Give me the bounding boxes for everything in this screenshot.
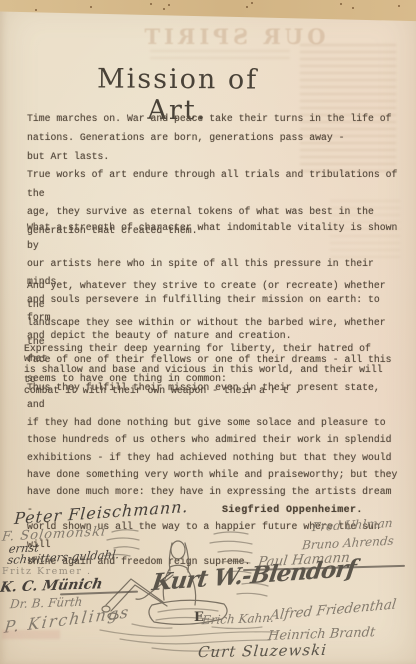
foxing-speck [35,9,37,11]
signature-fritz-kremer: Fritz Kremer . [2,566,92,577]
foxing-speck [398,5,400,7]
scanned-document: OUR SPIRIT Mission of Art. Time marches … [0,0,416,664]
signature-alfred-friedenthal: Alfred Friedenthal [269,596,397,623]
paper-page: OUR SPIRIT Mission of Art. Time marches … [0,0,416,664]
foxing-speck [246,6,248,8]
foxing-speck [340,3,342,5]
foxing-speck [352,7,354,9]
faded-stamp-ghost [2,630,60,639]
signature-erich-kahn: Erich Kahn. [201,611,274,628]
signature-ernst-schwitters: ernst schwitters-guldahl. [7,538,122,566]
foxing-speck [168,4,170,6]
foxing-speck [251,2,253,4]
foxing-speck [150,3,152,5]
bleedthrough-text-ghost [150,50,290,60]
signature-curt-sluzewski: Curt Sluzewski [197,641,328,661]
foxing-speck [90,6,92,8]
foxing-speck [163,8,165,10]
paragraph-1: Time marches on. War and peace take thei… [27,109,402,166]
